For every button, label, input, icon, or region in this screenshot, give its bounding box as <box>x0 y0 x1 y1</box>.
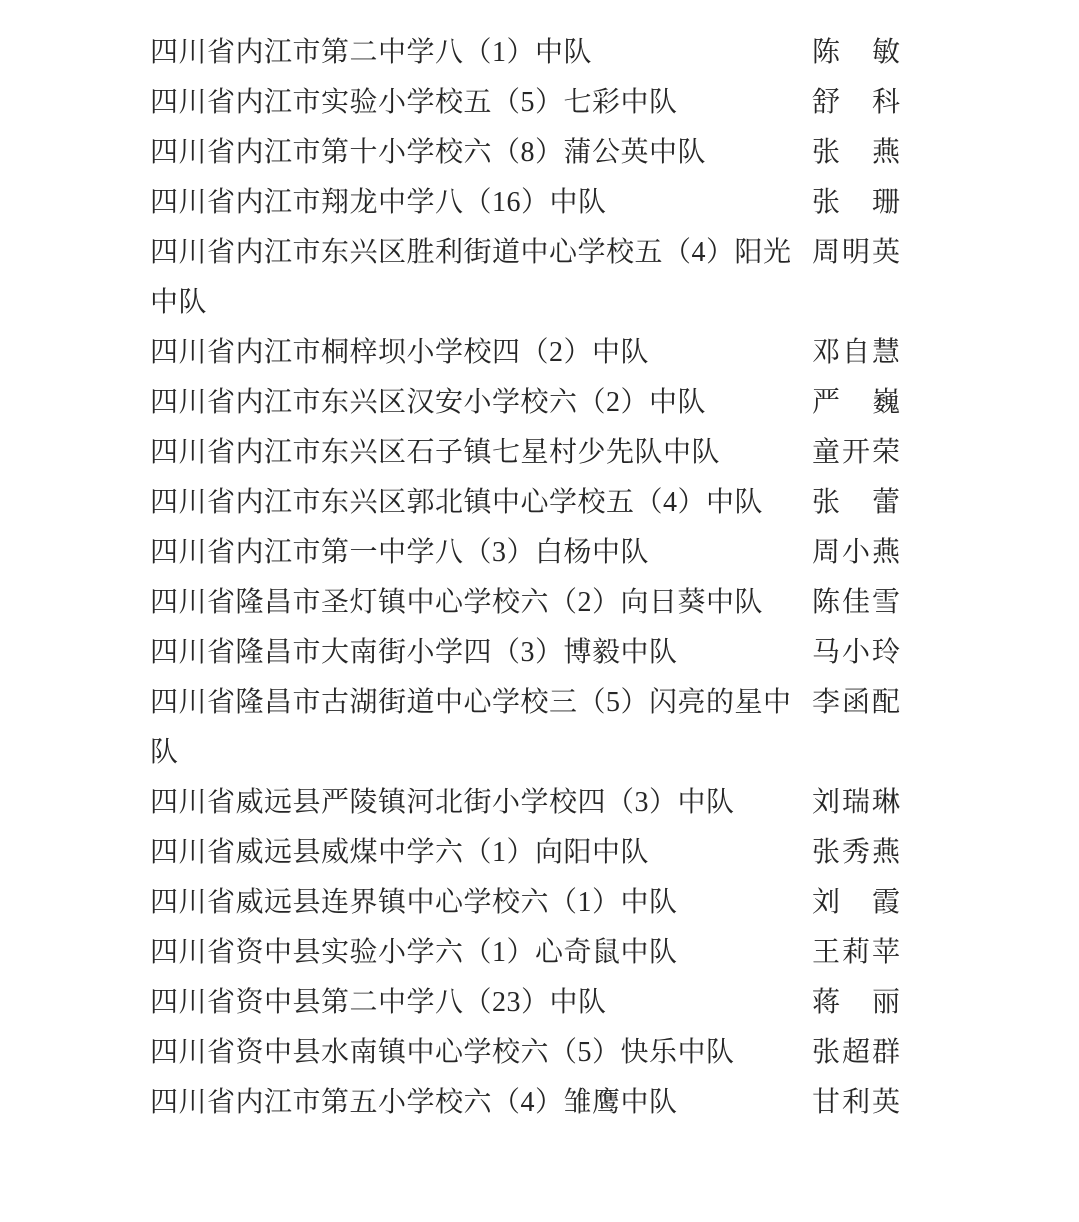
roster-row: 四川省威远县连界镇中心学校六（1）中队 刘霞 <box>150 878 900 928</box>
unit-name: 四川省资中县水南镇中心学校六（5）快乐中队 <box>150 1028 792 1078</box>
unit-name: 四川省内江市东兴区汉安小学校六（2）中队 <box>150 378 792 428</box>
roster-row: 四川省内江市第二中学八（1）中队 陈敏 <box>150 28 900 78</box>
counselor-name-char: 函 <box>842 678 870 728</box>
counselor-name-char: 蕾 <box>872 478 900 528</box>
counselor-name: 严巍 <box>812 378 900 428</box>
counselor-name-char: 刘 <box>812 778 840 828</box>
counselor-name: 马小玲 <box>812 628 900 678</box>
roster-row: 四川省威远县严陵镇河北街小学校四（3）中队 刘瑞琳 <box>150 778 900 828</box>
counselor-name: 张珊 <box>812 178 900 228</box>
unit-name: 四川省内江市桐梓坝小学校四（2）中队 <box>150 328 792 378</box>
counselor-name-char: 王 <box>812 928 840 978</box>
unit-name: 四川省内江市实验小学校五（5）七彩中队 <box>150 78 792 128</box>
counselor-name: 陈佳雪 <box>812 578 900 628</box>
counselor-name: 周明英 <box>812 228 900 278</box>
roster-row: 四川省内江市东兴区郭北镇中心学校五（4）中队 张蕾 <box>150 478 900 528</box>
counselor-name-char: 英 <box>872 228 900 278</box>
counselor-name: 童开荣 <box>812 428 900 478</box>
unit-name: 四川省内江市东兴区郭北镇中心学校五（4）中队 <box>150 478 792 528</box>
counselor-name-char: 张 <box>812 478 840 528</box>
counselor-name-char: 陈 <box>812 28 840 78</box>
counselor-name-char: 莉 <box>842 928 870 978</box>
counselor-name-char: 霞 <box>872 878 900 928</box>
counselor-name-char: 张 <box>812 178 840 228</box>
counselor-name-char: 珊 <box>872 178 900 228</box>
counselor-name-char: 琳 <box>872 778 900 828</box>
roster-row: 四川省内江市桐梓坝小学校四（2）中队 邓自慧 <box>150 328 900 378</box>
counselor-name: 蒋丽 <box>812 978 900 1028</box>
counselor-name: 刘霞 <box>812 878 900 928</box>
counselor-name-char: 马 <box>812 628 840 678</box>
roster-list: 四川省内江市第二中学八（1）中队 陈敏 四川省内江市实验小学校五（5）七彩中队 … <box>150 28 900 1128</box>
counselor-name: 张秀燕 <box>812 828 900 878</box>
counselor-name-char: 严 <box>812 378 840 428</box>
unit-name: 四川省隆昌市圣灯镇中心学校六（2）向日葵中队 <box>150 578 792 628</box>
counselor-name-char: 敏 <box>872 28 900 78</box>
counselor-name: 刘瑞琳 <box>812 778 900 828</box>
counselor-name-char: 燕 <box>872 828 900 878</box>
unit-name: 四川省内江市第二中学八（1）中队 <box>150 28 792 78</box>
counselor-name-char: 张 <box>812 1028 840 1078</box>
roster-row: 四川省内江市第十小学校六（8）蒲公英中队 张燕 <box>150 128 900 178</box>
roster-row: 四川省隆昌市圣灯镇中心学校六（2）向日葵中队 陈佳雪 <box>150 578 900 628</box>
roster-row: 四川省资中县水南镇中心学校六（5）快乐中队 张超群 <box>150 1028 900 1078</box>
unit-name: 四川省资中县实验小学六（1）心奇鼠中队 <box>150 928 792 978</box>
counselor-name-char: 周 <box>812 228 840 278</box>
counselor-name-char: 利 <box>842 1078 870 1128</box>
unit-name: 四川省隆昌市古湖街道中心学校三（5）闪亮的星中 队 <box>150 678 792 778</box>
roster-row: 四川省资中县实验小学六（1）心奇鼠中队 王莉苹 <box>150 928 900 978</box>
counselor-name: 甘利英 <box>812 1078 900 1128</box>
counselor-name: 舒科 <box>812 78 900 128</box>
counselor-name-char: 燕 <box>872 528 900 578</box>
unit-name: 四川省内江市东兴区石子镇七星村少先队中队 <box>150 428 792 478</box>
roster-row: 四川省威远县威煤中学六（1）向阳中队 张秀燕 <box>150 828 900 878</box>
unit-name: 四川省内江市第一中学八（3）白杨中队 <box>150 528 792 578</box>
counselor-name-char: 小 <box>842 528 870 578</box>
roster-row: 四川省内江市第一中学八（3）白杨中队 周小燕 <box>150 528 900 578</box>
counselor-name-char: 佳 <box>842 578 870 628</box>
counselor-name-char: 燕 <box>872 128 900 178</box>
counselor-name-char: 舒 <box>812 78 840 128</box>
roster-row: 四川省内江市东兴区胜利街道中心学校五（4）阳光 中队 周明英 <box>150 228 900 328</box>
counselor-name: 张蕾 <box>812 478 900 528</box>
counselor-name-char: 童 <box>812 428 840 478</box>
counselor-name-char: 明 <box>842 228 870 278</box>
counselor-name: 王莉苹 <box>812 928 900 978</box>
roster-row: 四川省资中县第二中学八（23）中队 蒋丽 <box>150 978 900 1028</box>
counselor-name-char: 李 <box>812 678 840 728</box>
roster-row: 四川省内江市第五小学校六（4）雏鹰中队 甘利英 <box>150 1078 900 1128</box>
counselor-name-char: 苹 <box>872 928 900 978</box>
counselor-name-char: 超 <box>842 1028 870 1078</box>
roster-row: 四川省隆昌市大南街小学四（3）博毅中队 马小玲 <box>150 628 900 678</box>
counselor-name: 周小燕 <box>812 528 900 578</box>
unit-name: 四川省威远县连界镇中心学校六（1）中队 <box>150 878 792 928</box>
counselor-name-char: 刘 <box>812 878 840 928</box>
unit-name: 四川省威远县威煤中学六（1）向阳中队 <box>150 828 792 878</box>
counselor-name: 张超群 <box>812 1028 900 1078</box>
counselor-name-char: 巍 <box>872 378 900 428</box>
counselor-name: 陈敏 <box>812 28 900 78</box>
counselor-name-char: 陈 <box>812 578 840 628</box>
counselor-name-char: 张 <box>812 128 840 178</box>
counselor-name-char: 秀 <box>842 828 870 878</box>
roster-row: 四川省内江市东兴区石子镇七星村少先队中队 童开荣 <box>150 428 900 478</box>
counselor-name-char: 配 <box>872 678 900 728</box>
counselor-name-char: 小 <box>842 628 870 678</box>
counselor-name-char: 张 <box>812 828 840 878</box>
counselor-name: 李函配 <box>812 678 900 728</box>
unit-name: 四川省内江市翔龙中学八（16）中队 <box>150 178 792 228</box>
counselor-name-char: 开 <box>842 428 870 478</box>
roster-row: 四川省内江市实验小学校五（5）七彩中队 舒科 <box>150 78 900 128</box>
counselor-name-char: 雪 <box>872 578 900 628</box>
counselor-name-char: 慧 <box>872 328 900 378</box>
unit-name: 四川省内江市第十小学校六（8）蒲公英中队 <box>150 128 792 178</box>
unit-name: 四川省资中县第二中学八（23）中队 <box>150 978 792 1028</box>
counselor-name-char: 自 <box>842 328 870 378</box>
counselor-name-char: 瑞 <box>842 778 870 828</box>
document-page: 四川省内江市第二中学八（1）中队 陈敏 四川省内江市实验小学校五（5）七彩中队 … <box>0 0 1079 1222</box>
counselor-name-char: 丽 <box>872 978 900 1028</box>
counselor-name-char: 甘 <box>812 1078 840 1128</box>
counselor-name-char: 科 <box>872 78 900 128</box>
unit-name: 四川省隆昌市大南街小学四（3）博毅中队 <box>150 628 792 678</box>
counselor-name-char: 英 <box>872 1078 900 1128</box>
counselor-name: 邓自慧 <box>812 328 900 378</box>
roster-row: 四川省隆昌市古湖街道中心学校三（5）闪亮的星中 队 李函配 <box>150 678 900 778</box>
counselor-name-char: 群 <box>872 1028 900 1078</box>
counselor-name-char: 荣 <box>872 428 900 478</box>
counselor-name-char: 玲 <box>872 628 900 678</box>
unit-name: 四川省内江市东兴区胜利街道中心学校五（4）阳光 中队 <box>150 228 792 328</box>
unit-name: 四川省威远县严陵镇河北街小学校四（3）中队 <box>150 778 792 828</box>
roster-row: 四川省内江市翔龙中学八（16）中队 张珊 <box>150 178 900 228</box>
counselor-name-char: 周 <box>812 528 840 578</box>
counselor-name-char: 邓 <box>812 328 840 378</box>
counselor-name: 张燕 <box>812 128 900 178</box>
counselor-name-char: 蒋 <box>812 978 840 1028</box>
roster-row: 四川省内江市东兴区汉安小学校六（2）中队 严巍 <box>150 378 900 428</box>
unit-name: 四川省内江市第五小学校六（4）雏鹰中队 <box>150 1078 792 1128</box>
